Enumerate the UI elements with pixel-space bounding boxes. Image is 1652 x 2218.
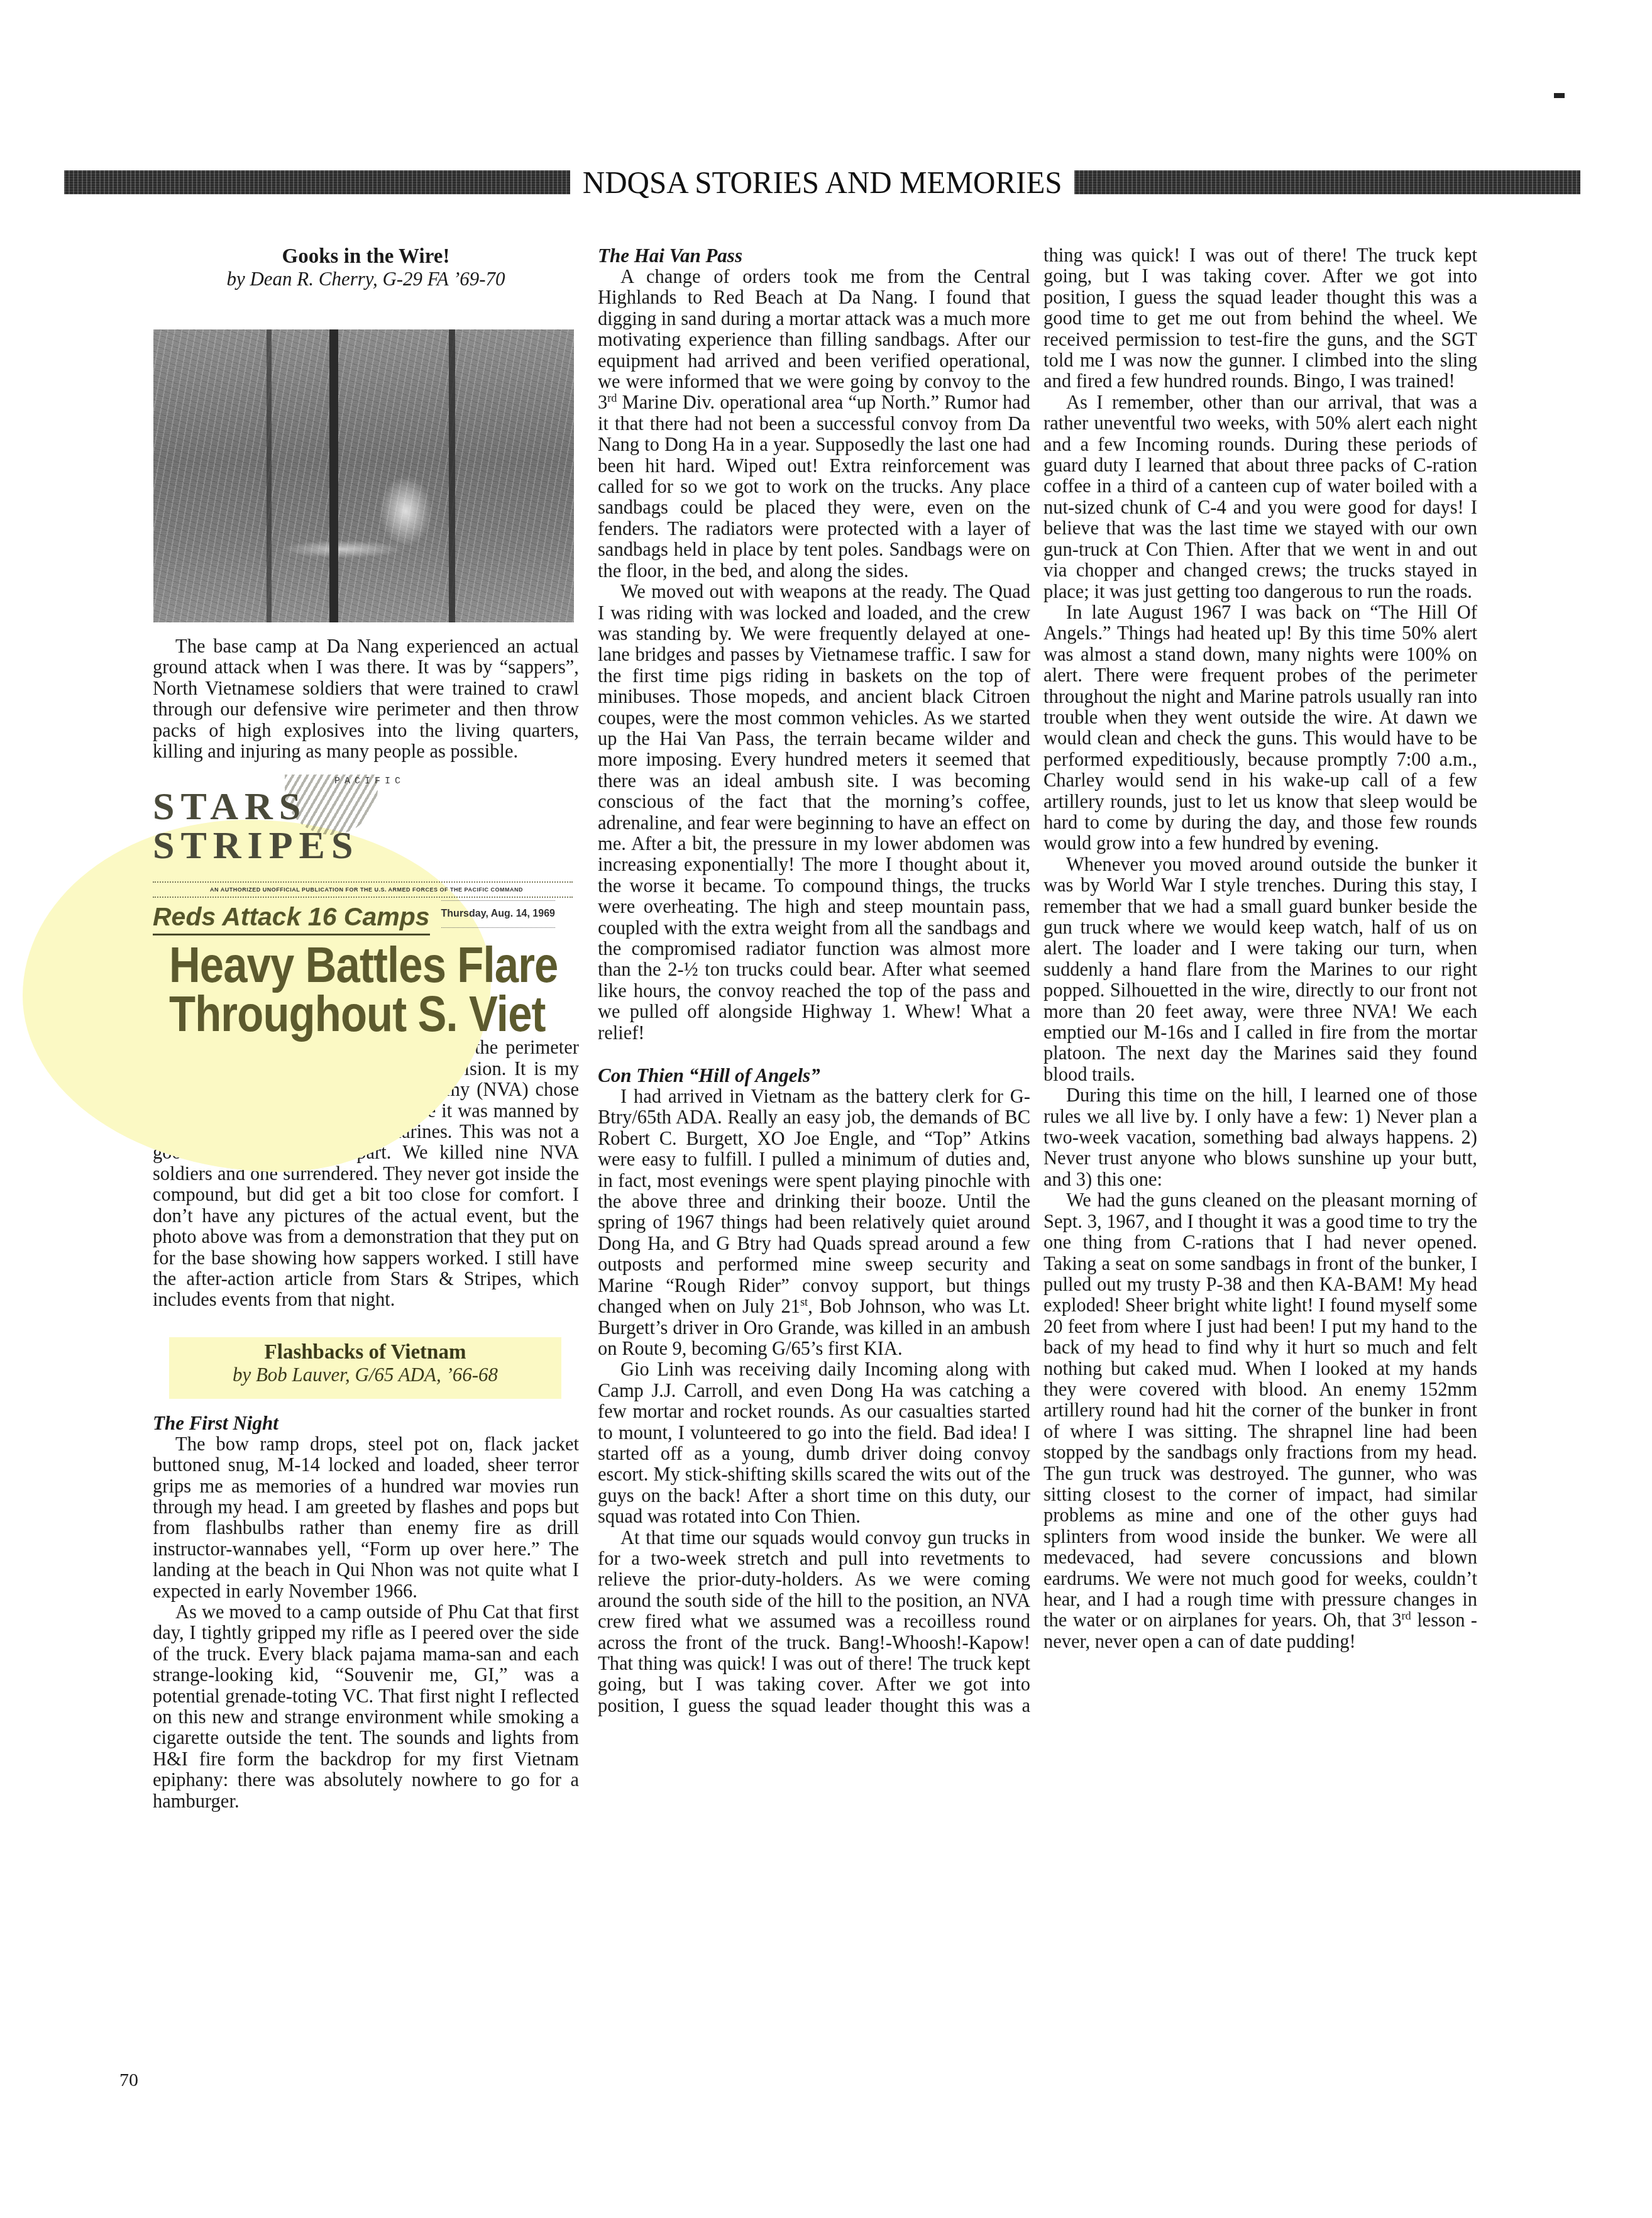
masthead: STARSSTRIPES bbox=[153, 787, 580, 865]
column-1: Gooks in the Wire! by Dean R. Cherry, G-… bbox=[153, 245, 579, 1812]
story-title: Flashbacks of Vietnam bbox=[169, 1341, 561, 1364]
stars-stripes-clipping: PACIFIC STARSSTRIPES AN AUTHORIZED UNOFF… bbox=[153, 776, 580, 1038]
headline-line: Heavy Battles Flare bbox=[169, 941, 522, 990]
paragraph-continuation: thing was quick! I was out of there! The… bbox=[1044, 245, 1477, 392]
fence-post bbox=[267, 329, 272, 622]
paragraph: At that time our squads would convoy gun… bbox=[598, 1528, 1030, 1717]
paragraph: As we moved to a camp outside of Phu Cat… bbox=[153, 1602, 579, 1812]
paragraph: A change of orders took me from the Cent… bbox=[598, 267, 1030, 582]
section-heading: Con Thien “Hill of Angels” bbox=[598, 1065, 1030, 1086]
story-byline: by Bob Lauver, G/65 ADA, ’66-68 bbox=[169, 1364, 561, 1386]
subhead-row: Reds Attack 16 Camps Thursday, Aug. 14, … bbox=[153, 900, 580, 935]
paragraph: We had the guns cleaned on the pleasant … bbox=[1044, 1190, 1477, 1652]
newspaper-clipping: PACIFIC STARSSTRIPES AN AUTHORIZED UNOFF… bbox=[153, 776, 579, 1022]
story-title: Gooks in the Wire! bbox=[153, 245, 579, 268]
paragraph: During this time on the hill, I learned … bbox=[1044, 1085, 1477, 1190]
divider bbox=[153, 897, 573, 898]
photo-sapper-demonstration bbox=[153, 329, 574, 622]
authorized-line: AN AUTHORIZED UNOFFICIAL PUBLICATION FOR… bbox=[153, 883, 580, 897]
masthead-left: STARS bbox=[153, 785, 307, 828]
paragraph: The bow ramp drops, steel pot on, flack … bbox=[153, 1434, 579, 1602]
header-stripe-left bbox=[64, 170, 570, 194]
paragraph: We moved out with weapons at the ready. … bbox=[598, 582, 1030, 1044]
section-title: NDQSA STORIES AND MEMORIES bbox=[575, 164, 1069, 201]
clipping-date: Thursday, Aug. 14, 1969 bbox=[441, 900, 555, 927]
headline-line: Throughout S. Viet bbox=[169, 990, 522, 1039]
spacer bbox=[598, 1044, 1030, 1065]
paragraph: I had arrived in Vietnam as the battery … bbox=[598, 1086, 1030, 1359]
fence-post bbox=[449, 329, 455, 622]
section-header: NDQSA STORIES AND MEMORIES bbox=[64, 165, 1580, 200]
fence-post bbox=[329, 329, 338, 622]
clipping-headline: Heavy Battles Flare Throughout S. Viet bbox=[169, 941, 522, 1039]
paragraph: As I remember, other than our arrival, t… bbox=[1044, 392, 1477, 602]
column-2: The Hai Van Pass A change of orders took… bbox=[598, 245, 1030, 1717]
section-heading: The Hai Van Pass bbox=[598, 245, 1030, 267]
page-number: 70 bbox=[119, 2070, 138, 2091]
paragraph: Whenever you moved around outside the bu… bbox=[1044, 854, 1477, 1085]
header-stripe-right bbox=[1074, 170, 1580, 194]
story2-title-box: Flashbacks of Vietnam by Bob Lauver, G/6… bbox=[169, 1337, 561, 1399]
story-byline: by Dean R. Cherry, G-29 FA ’69-70 bbox=[153, 268, 579, 290]
column-3: thing was quick! I was out of there! The… bbox=[1044, 245, 1477, 1652]
section-heading: The First Night bbox=[153, 1413, 579, 1434]
paragraph: Gio Linh was receiving daily Incoming al… bbox=[598, 1359, 1030, 1527]
corner-mark bbox=[1554, 93, 1565, 98]
clipping-subhead: Reds Attack 16 Camps bbox=[153, 901, 430, 935]
paragraph: The base camp at Da Nang experienced an … bbox=[153, 636, 579, 762]
paragraph: In late August 1967 I was back on “The H… bbox=[1044, 602, 1477, 854]
